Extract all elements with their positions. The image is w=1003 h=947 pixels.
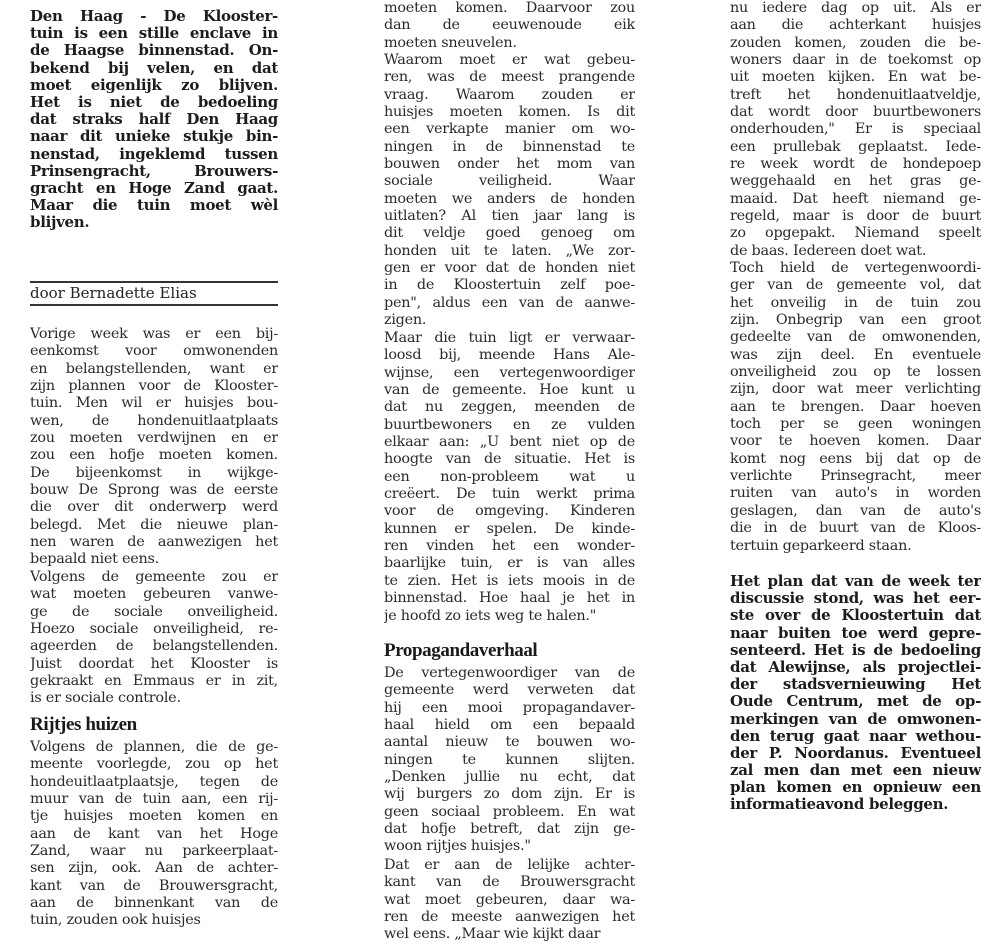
text-line: honden uit te laten. „We zor- [384, 243, 635, 260]
text-line: gen er voor dat de honden niet [384, 260, 635, 277]
text-line: zouden komen, zouden die be- [730, 35, 981, 52]
paragraph: Waarom moet er wat gebeu-ren, was de mee… [384, 52, 635, 330]
text-line: elkaar aan: „U bent niet op de [384, 434, 635, 451]
text-line: ste over de Kloostertuin dat [730, 607, 981, 624]
text-line: discussie stond, was het eer- [730, 590, 981, 607]
text-line: Maar die tuin ligt er verwaar- [384, 330, 635, 347]
text-line: nen waren de aanwezigen het [30, 534, 278, 551]
text-line: onderhouden," Er is speciaal [730, 121, 981, 138]
text-line: voor te hoeven komen. Daar [730, 433, 981, 450]
text-line: hij een mooi propagandaver- [384, 700, 635, 717]
text-line: gedeelte van de omwonenden, [730, 329, 981, 346]
text-line: de Haagse binnenstad. On- [30, 42, 278, 59]
text-line: hoogte van de situatie. Het is [384, 451, 635, 468]
text-line: Prinsengracht, Brouwers- [30, 163, 278, 180]
text-line: ger van de gemeente vol, dat [730, 277, 981, 294]
text-line: aan de kant van het Hoge [30, 826, 278, 843]
text-line: ren vinden het een wonder- [384, 538, 635, 555]
text-line: vraag. Waarom zouden er [384, 87, 635, 104]
text-line: gekraakt en Emmaus er in zit, [30, 673, 278, 690]
text-line: tje huisjes moeten komen en [30, 808, 278, 825]
text-line: ageerden de belangstellenden. [30, 638, 278, 655]
text-line: re week wordt de hondepoep [730, 156, 981, 173]
text-line: moeten sneuvelen. [384, 35, 635, 52]
paragraph: Toch hield de vertegenwoordi-ger van de … [730, 260, 981, 555]
text-line: tuin, zouden ook huisjes [30, 912, 278, 929]
text-line: een non-probleem wat u [384, 469, 635, 486]
text-line: zo opgepakt. Niemand speelt [730, 225, 981, 242]
text-line: uit moeten kijken. En wat be- [730, 69, 981, 86]
text-line: maaid. Dat heeft niemand ge- [730, 191, 981, 208]
byline: door Bernadette Elias [30, 283, 278, 304]
text-line: wen, de hondenuitlaatplaats [30, 413, 278, 430]
text-line: „Denken jullie nu echt, dat [384, 769, 635, 786]
text-line: dat straks half Den Haag [30, 111, 278, 128]
text-line: pen", aldus een van de aanwe- [384, 295, 635, 312]
text-line: woners daar in de toekomst op [730, 52, 981, 69]
text-line: Volgens de gemeente zou er [30, 569, 278, 586]
text-line: was zijn deel. En eventuele [730, 347, 981, 364]
text-line: creëert. De tuin werkt prima [384, 486, 635, 503]
text-line: den terug gaat naar wethou- [730, 728, 981, 745]
paragraph: Dat er aan de lelijke achter-kant van de… [384, 857, 635, 944]
text-line: voor de omgeving. Kinderen [384, 503, 635, 520]
text-line: die over dit onderwerp werd [30, 499, 278, 516]
text-line: naar buiten toe werd gepre- [730, 625, 981, 642]
text-line: loosd bij, meende Hans Ale- [384, 347, 635, 364]
text-line: geslagen, dan van de auto's [730, 503, 981, 520]
text-line: Oude Centrum, met de op- [730, 693, 981, 710]
text-line: dat nu zeggen, meenden de [384, 399, 635, 416]
text-line: muur van de tuin aan, een rij- [30, 791, 278, 808]
subheading-rijtjes-huizen: Rijtjes huizen [30, 714, 278, 736]
text-line: huisjes moeten komen. Is dit [384, 104, 635, 121]
paragraph: Vorige week was er een bij-eenkomst voor… [30, 326, 278, 569]
text-line: zijn. Onbegrip van een groot [730, 312, 981, 329]
text-line: plan komen en opnieuw een [730, 779, 981, 796]
text-line: dat Alewijnse, als projectlei- [730, 659, 981, 676]
text-line: tuin. Men wil er huisjes bou- [30, 395, 278, 412]
text-line: blijven. [30, 214, 278, 231]
text-line: haal hield om een bepaald [384, 717, 635, 734]
text-line: bouw De Sprong was de eerste [30, 482, 278, 499]
text-line: nu iedere dag op uit. Als er [730, 0, 981, 17]
text-line: zal men dan met een nieuw [730, 762, 981, 779]
text-line: dit veldje goed genoeg om [384, 225, 635, 242]
text-line: moet eigenlijk zo blijven. [30, 77, 278, 94]
text-line: merkingen van de omwonen- [730, 711, 981, 728]
text-line: De bijeenkomst in wijkge- [30, 465, 278, 482]
text-line: moeten komen. Daarvoor zou [384, 0, 635, 17]
text-line: uitlaten? Al tien jaar lang is [384, 208, 635, 225]
text-line: hondeuitlaatplaatsje, tegen de [30, 774, 278, 791]
text-line: verlichte Prinsegracht, meer [730, 468, 981, 485]
byline-box: door Bernadette Elias [30, 281, 278, 306]
text-line: Volgens de plannen, die de ge- [30, 739, 278, 756]
text-line: weggehaald en het gras ge- [730, 173, 981, 190]
text-line: gracht en Hoge Zand gaat. [30, 180, 278, 197]
text-line: in de Kloostertuin zelf poe- [384, 277, 635, 294]
text-line: treft het hondenuitlaatveldje, [730, 87, 981, 104]
text-line: aantal nieuw te bouwen wo- [384, 734, 635, 751]
text-line: informatieavond beleggen. [730, 796, 981, 813]
text-line: tertuin geparkeerd staan. [730, 538, 981, 555]
text-line: bouwen onder het mom van [384, 156, 635, 173]
text-line: kunnen er spelen. De kinde- [384, 521, 635, 538]
text-line: naar dit unieke stukje bin- [30, 128, 278, 145]
text-line: aan die achterkant huisjes [730, 17, 981, 34]
text-line: dat wordt door buurtbewoners [730, 104, 981, 121]
text-line: geen sociaal probleem. En wat [384, 804, 635, 821]
text-line: het onveilig in de tuin zou [730, 295, 981, 312]
text-line: Den Haag - De Klooster- [30, 8, 278, 25]
text-line: wij burgers zo dom zijn. Er is [384, 786, 635, 803]
text-line: meente voorlegde, zou op het [30, 756, 278, 773]
text-line: wat moet gebeuren, daar wa- [384, 892, 635, 909]
text-line: Zand, waar nu parkeerplaat- [30, 843, 278, 860]
paragraph: nu iedere dag op uit. Als eraan die acht… [730, 0, 981, 260]
text-line: een verkapte manier om wo- [384, 121, 635, 138]
text-line: komt nog eens bij dat op de [730, 451, 981, 468]
byline-bottom-rule [30, 304, 278, 306]
paragraph: De vertegenwoordiger van degemeente werd… [384, 665, 635, 856]
text-line: wijnse, een vertegenwoordiger [384, 365, 635, 382]
text-line: Hoezo sociale onveiligheid, re- [30, 621, 278, 638]
text-line: kant van de Brouwersgracht [384, 874, 635, 891]
text-line: kant van de Brouwersgracht, [30, 878, 278, 895]
text-line: binnenstad. Hoe haal je het in [384, 590, 635, 607]
text-line: sociale veiligheid. Waar [384, 173, 635, 190]
text-line: bekend bij velen, en dat [30, 60, 278, 77]
text-line: zigen. [384, 312, 635, 329]
paragraph: Maar die tuin ligt er verwaar-loosd bij,… [384, 330, 635, 625]
text-line: sen zijn, ook. Aan de achter- [30, 860, 278, 877]
text-line: Juist doordat het Klooster is [30, 656, 278, 673]
text-line: Toch hield de vertegenwoordi- [730, 260, 981, 277]
text-line: Het plan dat van de week ter [730, 573, 981, 590]
paragraph: Volgens de gemeente zou erwat moeten geb… [30, 569, 278, 708]
lead-paragraph: Den Haag - De Klooster-tuin is een still… [30, 8, 278, 231]
text-line: Vorige week was er een bij- [30, 326, 278, 343]
text-line: De vertegenwoordiger van de [384, 665, 635, 682]
text-line: dat hofje betreft, dat zijn ge- [384, 821, 635, 838]
text-line: zou moeten verdwijnen en er [30, 430, 278, 447]
text-line: te zien. Het is iets moois in de [384, 573, 635, 590]
text-line: regeld, maar is door de buurt [730, 208, 981, 225]
text-line: nenstad, ingeklemd tussen [30, 146, 278, 163]
text-line: woon rijtjes huisjes." [384, 838, 635, 855]
text-line: moeten we anders de honden [384, 191, 635, 208]
paragraph: Volgens de plannen, die de ge-meente voo… [30, 739, 278, 930]
text-line: gemeente werd verweten dat [384, 682, 635, 699]
text-line: toch per se geen woningen [730, 416, 981, 433]
text-line: wat moeten gebeuren vanwe- [30, 586, 278, 603]
text-line: der stadsvernieuwing Het [730, 676, 981, 693]
text-line: die in de buurt van de Kloos- [730, 520, 981, 537]
text-line: Het is niet de bedoeling [30, 94, 278, 111]
text-line: zou een hofje moeten komen. [30, 447, 278, 464]
text-line: ningen te kunnen slijten. [384, 752, 635, 769]
text-line: bepaald niet eens. [30, 551, 278, 568]
text-line: Waarom moet er wat gebeu- [384, 52, 635, 69]
closing-paragraph: Het plan dat van de week terdiscussie st… [730, 573, 981, 814]
paragraph: moeten komen. Daarvoor zoudan de eeuweno… [384, 0, 635, 52]
text-line: ren, was de meest prangende [384, 69, 635, 86]
text-line: is er sociale controle. [30, 690, 278, 707]
text-line: belegd. Met die nieuwe plan- [30, 517, 278, 534]
text-line: dan de eeuwenoude eik [384, 17, 635, 34]
subheading-propagandaverhaal: Propagandaverhaal [384, 640, 635, 662]
text-line: en belangstellenden, want er [30, 361, 278, 378]
text-line: je hoofd zo iets weg te halen." [384, 608, 635, 625]
text-line: zijn plannen voor de Klooster- [30, 378, 278, 395]
text-line: baarlijke tuin, er is van alles [384, 555, 635, 572]
text-line: wel eens. „Maar wie kijkt daar [384, 926, 635, 943]
text-line: zijn, door wat meer verlichting [730, 381, 981, 398]
text-line: senteerd. Het is de bedoeling [730, 642, 981, 659]
text-line: aan te brengen. Daar hoeven [730, 399, 981, 416]
text-line: aan de binnenkant van de [30, 895, 278, 912]
text-line: ruiten van auto's in worden [730, 485, 981, 502]
text-line: ningen in de binnenstad te [384, 139, 635, 156]
text-line: eenkomst voor omwonenden [30, 343, 278, 360]
text-line: ge de sociale onveiligheid. [30, 604, 278, 621]
text-line: onveiligheid zou op te lossen [730, 364, 981, 381]
text-line: Maar die tuin moet wèl [30, 197, 278, 214]
text-line: tuin is een stille enclave in [30, 25, 278, 42]
text-line: der P. Noordanus. Eventueel [730, 745, 981, 762]
text-line: van de gemeente. Hoe kunt u [384, 382, 635, 399]
text-line: buurtbewoners en ze vulden [384, 417, 635, 434]
text-line: ren de meeste aanwezigen het [384, 909, 635, 926]
text-line: Dat er aan de lelijke achter- [384, 857, 635, 874]
text-line: de baas. Iedereen doet wat. [730, 243, 981, 260]
text-line: een prullebak geplaatst. Iede- [730, 139, 981, 156]
